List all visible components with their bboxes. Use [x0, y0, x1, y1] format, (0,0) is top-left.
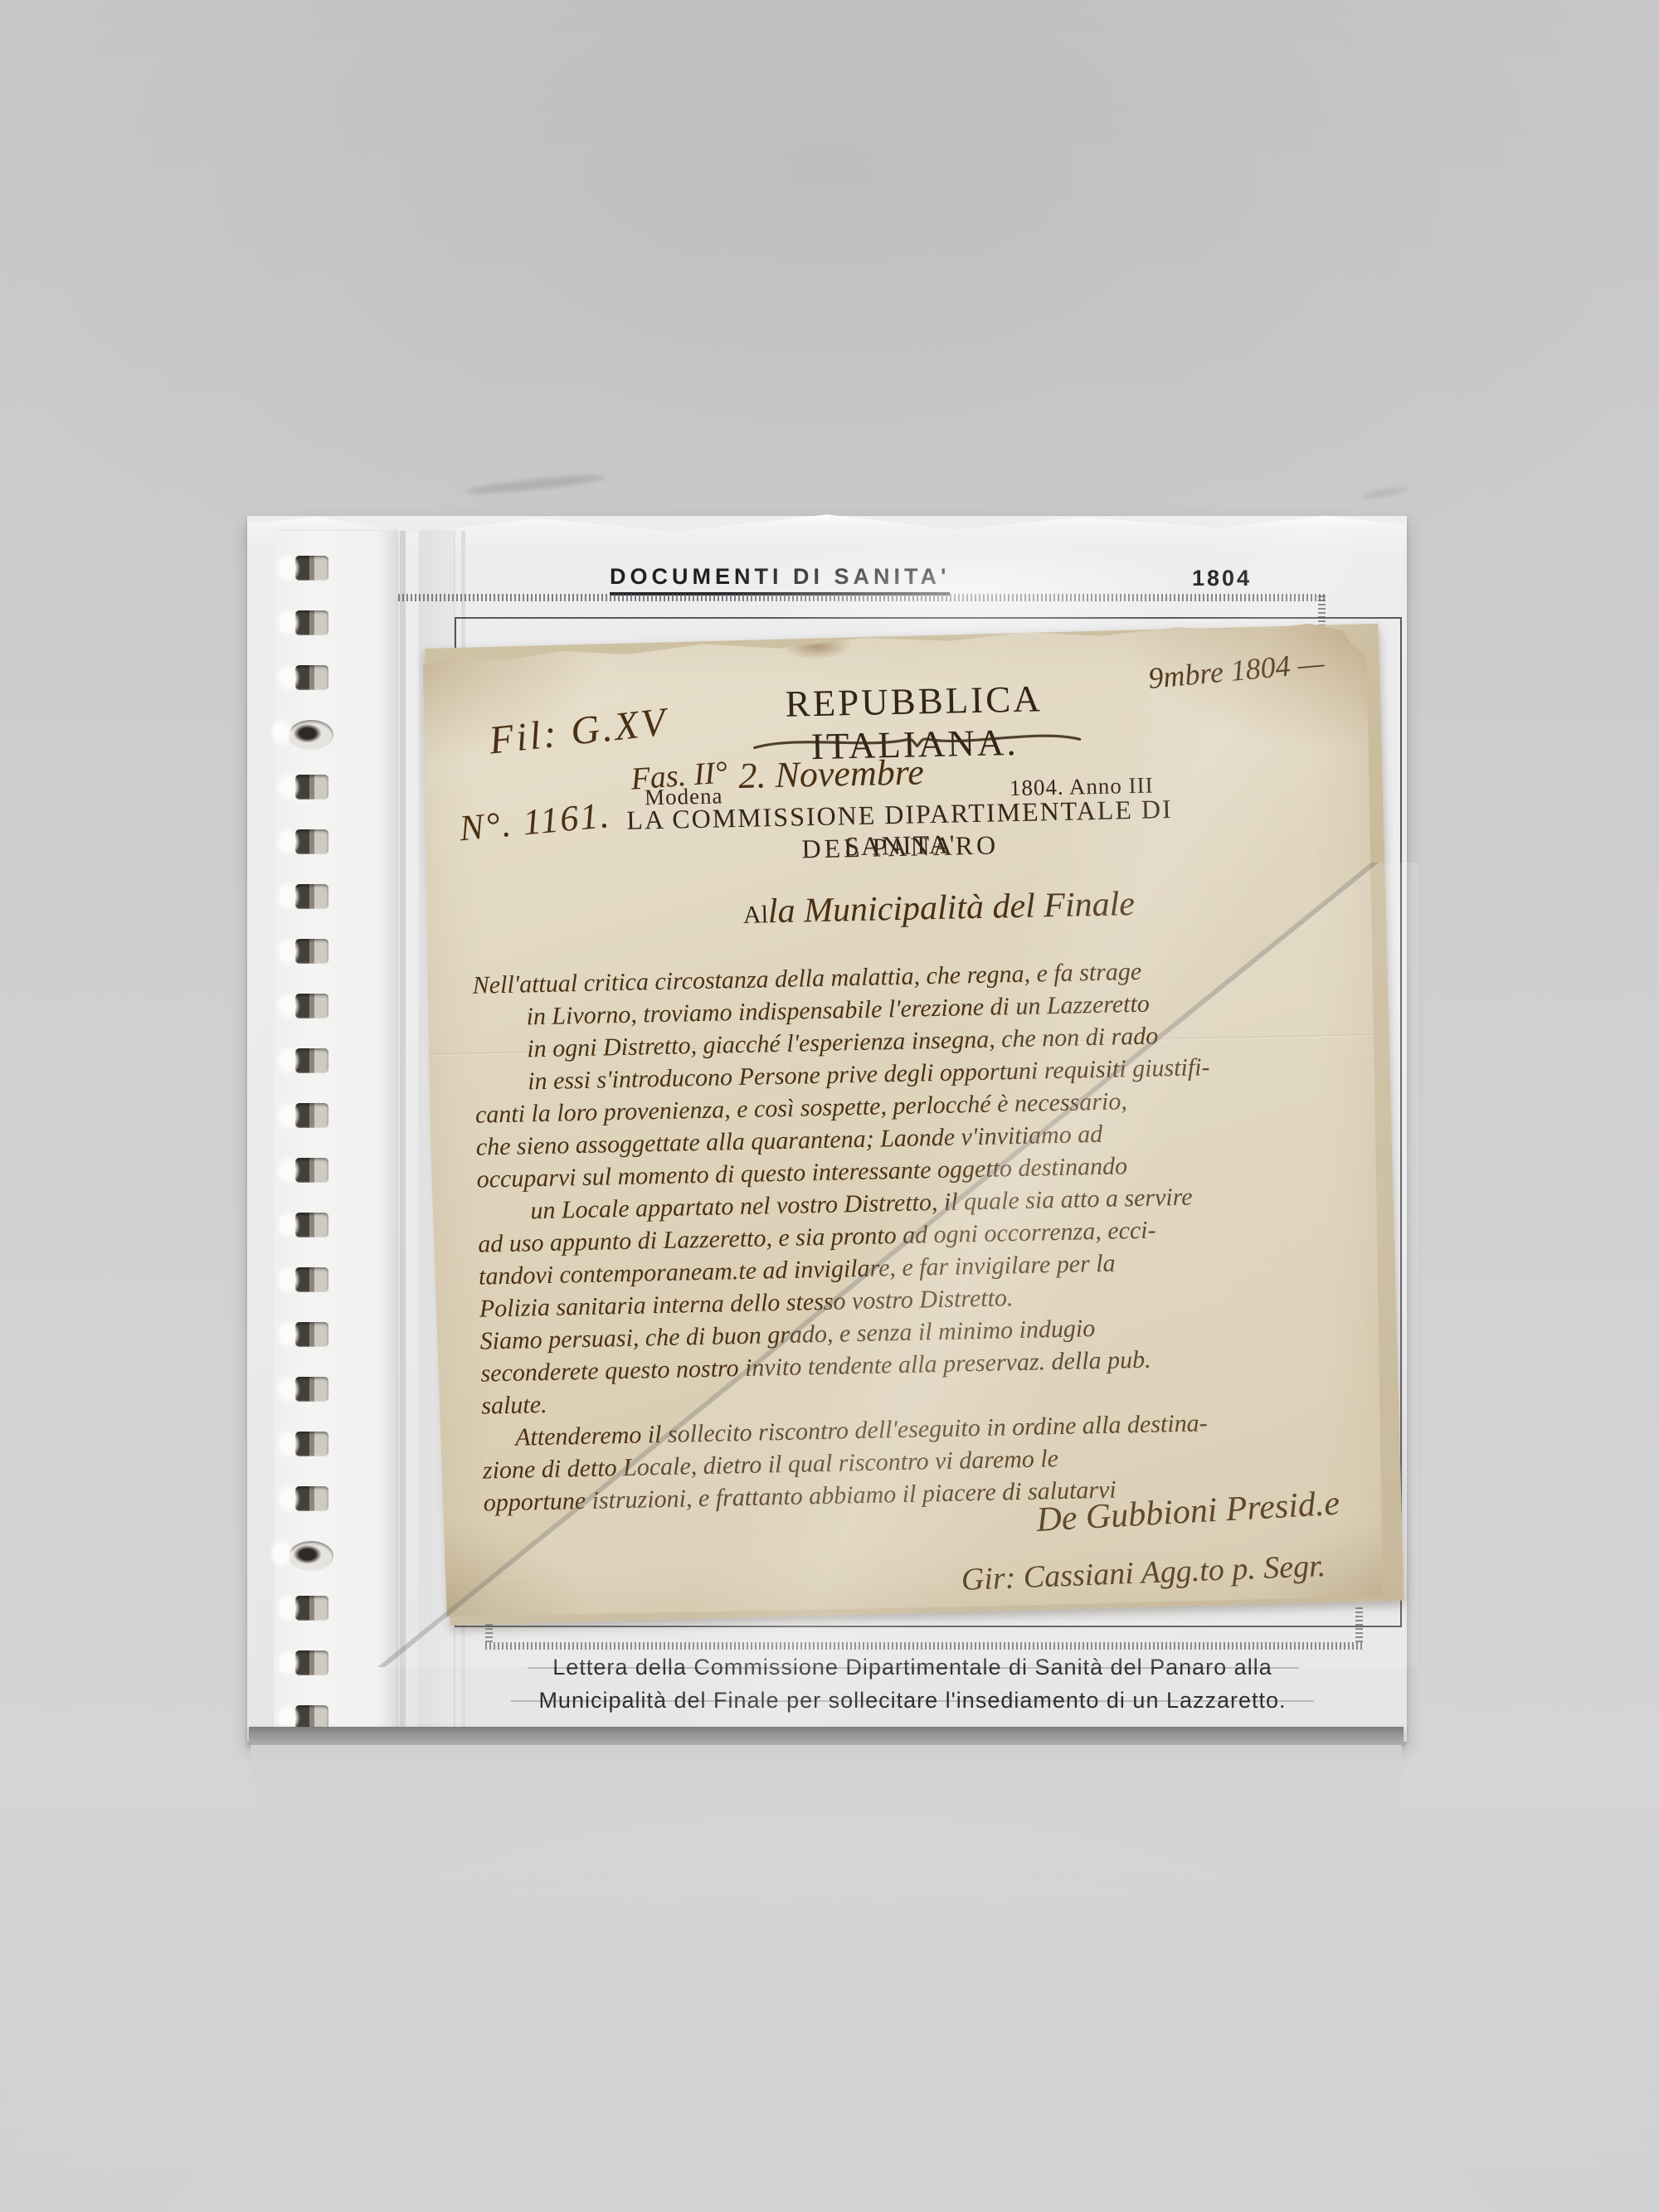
album-header-year: 1804 — [1192, 566, 1252, 591]
handwritten-date-note: 9mbre 1804 — — [1147, 645, 1326, 696]
signature-secretary: Gir: Cassiani Agg.to p. Segr. — [961, 1546, 1376, 1598]
binder-hole — [295, 1377, 328, 1402]
binder-hole — [295, 1432, 328, 1456]
album-header-title: DOCUMENTI DI SANITA' — [610, 564, 950, 596]
binder-hole — [295, 1322, 328, 1347]
protocol-number: N°. 1161. — [458, 794, 613, 849]
ruled-hatch-corner — [1355, 1607, 1363, 1642]
dateline-handwritten-date: 2. Novembre — [738, 751, 924, 797]
binder-hole — [295, 556, 328, 581]
recipient-printed-prefix: Al — [743, 901, 769, 929]
binder-hole — [295, 994, 328, 1018]
album-caption-line1: Lettera della Commissione Dipartimentale… — [465, 1650, 1360, 1684]
page-edge-line — [400, 531, 406, 1732]
binder-hole — [295, 1486, 328, 1511]
binder-hole — [295, 884, 328, 909]
binder-hole — [295, 1213, 328, 1237]
binder-hole — [295, 1267, 328, 1292]
recipient-handwritten: la Municipalità del Finale — [767, 885, 1135, 931]
binder-hole-strip — [274, 531, 397, 1732]
binder-hole — [289, 1541, 333, 1571]
album-caption: Lettera della Commissione Dipartimentale… — [465, 1650, 1360, 1717]
desk-scuff-mark — [1360, 485, 1410, 500]
binder-hole — [295, 1048, 328, 1073]
letter-body: Nell'attual critica circostanza della ma… — [472, 950, 1379, 1533]
binder-hole — [295, 665, 328, 690]
archival-note-filza: Fil: G.XV — [487, 698, 670, 763]
album-caption-line2: Municipalità del Finale per sollecitare … — [465, 1684, 1360, 1717]
binder-hole — [295, 1650, 328, 1675]
letter-document: REPUBBLICA ITALIANA. 9mbre 1804 — Fil: G… — [419, 620, 1386, 1619]
binder-hole — [295, 1158, 328, 1183]
binder-hole — [295, 1103, 328, 1128]
binder-hole — [295, 829, 328, 854]
binder-hole — [295, 939, 328, 964]
recipient-line: Alla Municipalità del Finale — [698, 883, 1180, 933]
binder-hole — [289, 720, 333, 750]
binder-hole — [295, 775, 328, 800]
binder-hole — [295, 1596, 328, 1621]
ruled-hatch-corner — [485, 1624, 493, 1642]
ruled-hatch-line-top — [398, 594, 1326, 601]
album-stack-bottom-edge — [249, 1727, 1404, 1745]
desk-scuff-mark — [465, 472, 606, 497]
binder-hole — [295, 610, 328, 635]
ruled-hatch-line-bottom — [485, 1642, 1363, 1650]
sleeve-bottom-lip — [251, 1745, 1402, 1825]
